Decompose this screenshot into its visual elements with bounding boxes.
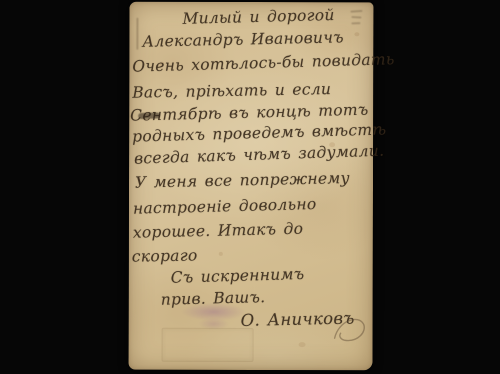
closing-line: Съ искреннимъ: [171, 265, 305, 287]
photo-background: Милый и дорогой Александръ Ивановичъ Оче…: [0, 0, 500, 374]
pencil-notation: [351, 22, 360, 24]
handwritten-line: хорошее. Итакъ до: [133, 220, 304, 242]
handwritten-line: всегда какъ чѣмъ задумали.: [134, 142, 385, 168]
embossed-impression: [162, 328, 254, 362]
age-spot: [219, 252, 223, 256]
handwritten-line: Васъ, пріѣхать и если: [132, 80, 331, 102]
handwritten-line: скораго: [132, 246, 198, 265]
pencil-notation-vertical: [136, 18, 138, 50]
handwritten-line: Очень хотѣлось-бы повидать: [132, 50, 395, 76]
pencil-notation: [350, 10, 362, 13]
handwritten-line: Милый и дорогой: [182, 6, 335, 28]
handwritten-line: У меня все попрежнему: [135, 169, 350, 192]
handwritten-line: настроеніе довольно: [133, 195, 317, 218]
signature-flourish: [333, 314, 369, 348]
age-spot: [299, 342, 306, 347]
crossed-out-word: [138, 112, 160, 119]
age-spot: [354, 32, 359, 36]
pencil-notation: [351, 16, 361, 19]
postcard: Милый и дорогой Александръ Ивановичъ Оче…: [129, 2, 374, 371]
handwritten-line: Александръ Ивановичъ: [142, 28, 344, 50]
